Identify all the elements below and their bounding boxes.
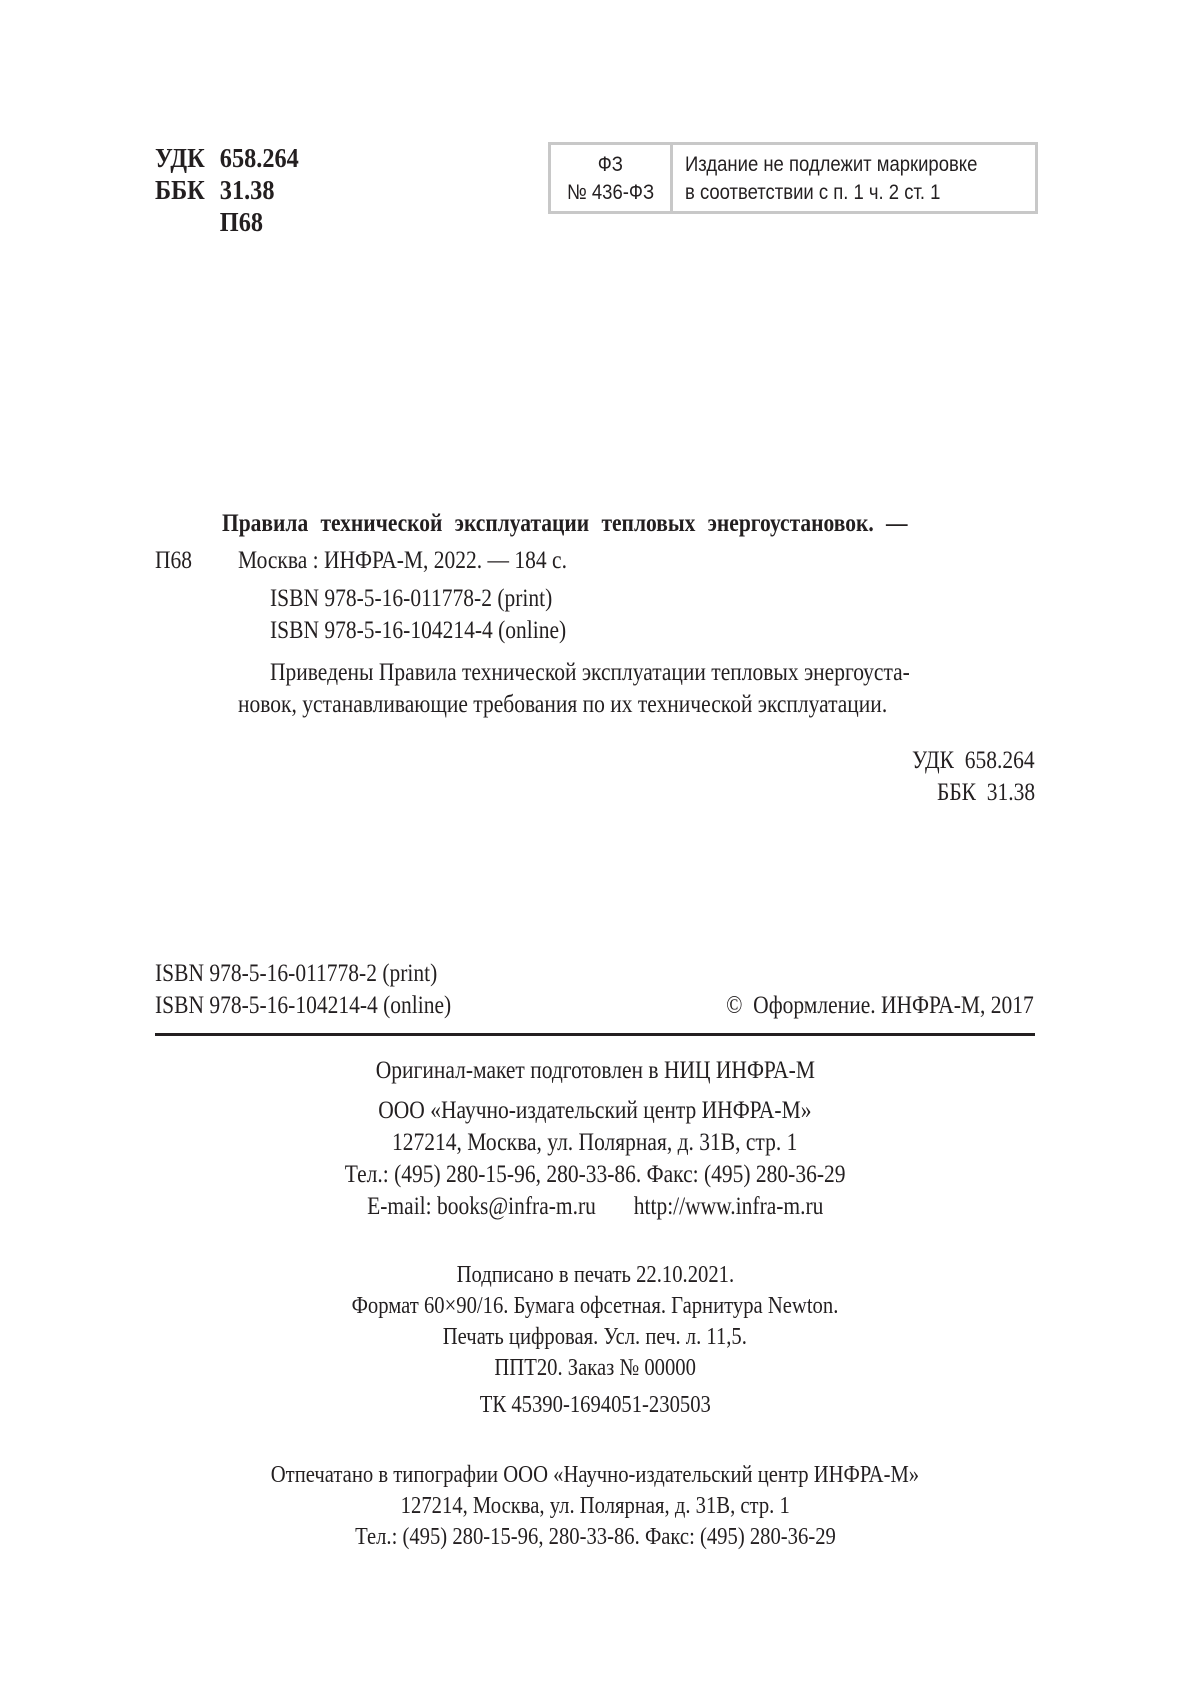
law-name: ФЗ — [598, 151, 623, 179]
marking-notice-box: ФЗ № 436-ФЗ Издание не подлежит маркиров… — [548, 142, 1038, 214]
tk-code: ТК 45390-1694051-230503 — [479, 1390, 710, 1421]
udk-line: УДК658.264 — [155, 142, 299, 174]
law-reference: ФЗ № 436-ФЗ — [551, 145, 673, 211]
horizontal-divider — [155, 1033, 1035, 1036]
publisher-name: ООО «Научно-издательский центр ИНФРА-М» — [378, 1095, 811, 1127]
printing-info: Печать цифровая. Усл. печ. л. 11,5. — [443, 1322, 747, 1353]
record-author-mark: П68 — [155, 545, 198, 577]
bbk-line: ББК31.38 — [155, 174, 299, 206]
classification-block: УДК658.264 ББК31.38 П68 — [155, 142, 299, 238]
order-info: ППТ20. Заказ № 00000 — [494, 1353, 696, 1384]
publisher-address: 127214, Москва, ул. Полярная, д. 31В, ст… — [392, 1127, 797, 1159]
publisher-website[interactable]: http://www.infra-m.ru — [633, 1193, 823, 1220]
footer-isbn-online: ISBN 978-5-16-104214-4 (online) — [155, 990, 499, 1022]
law-number: № 436-ФЗ — [567, 179, 654, 207]
printer-block: Отпечатано в типографии ООО «Научно-изда… — [155, 1460, 1035, 1553]
publisher-email[interactable]: E-mail: books@infra-m.ru — [367, 1193, 596, 1220]
annotation-line-2: новок, устанавливающие требования по их … — [238, 689, 993, 721]
layout-credit: Оригинал-макет подготовлен в НИЦ ИНФРА-М — [155, 1055, 1035, 1087]
author-mark-line: П68 — [155, 206, 299, 238]
copyright-notice: © Оформление. ИНФРА-М, 2017 — [676, 990, 1034, 1022]
annotation-line-1: Приведены Правила технической эксплуатац… — [270, 657, 1014, 689]
format-info: Формат 60×90/16. Бумага офсетная. Гарнит… — [352, 1291, 839, 1322]
bbk-value: 31.38 — [220, 175, 275, 205]
author-mark: П68 — [220, 207, 263, 237]
bbk-label: ББК — [155, 174, 220, 206]
book-title: Правила технической эксплуатации тепловы… — [222, 508, 1019, 540]
signed-date: Подписано в печать 22.10.2021. — [456, 1260, 734, 1291]
printer-address: 127214, Москва, ул. Полярная, д. 31В, ст… — [400, 1491, 789, 1522]
print-details: Подписано в печать 22.10.2021. Формат 60… — [155, 1260, 1035, 1421]
publisher-block: ООО «Научно-издательский центр ИНФРА-М» … — [155, 1095, 1035, 1223]
printer-phones: Тел.: (495) 280-15-96, 280-33-86. Факс: … — [355, 1522, 836, 1553]
udk-label: УДК — [155, 142, 220, 174]
record-udk: УДК 658.264 — [892, 745, 1035, 777]
publisher-phones: Тел.: (495) 280-15-96, 280-33-86. Факс: … — [345, 1159, 846, 1191]
udk-value: 658.264 — [220, 143, 299, 173]
footer-isbn-print: ISBN 978-5-16-011778-2 (print) — [155, 958, 483, 990]
marking-notice-text: Издание не подлежит маркировке в соответ… — [673, 145, 1035, 211]
notice-line-2: в соответствии с п. 1 ч. 2 ст. 1 — [685, 179, 940, 207]
record-bbk: ББК 31.38 — [921, 777, 1035, 809]
notice-line-1: Издание не подлежит маркировке — [685, 151, 977, 179]
record-isbn-online: ISBN 978-5-16-104214-4 (online) — [270, 615, 614, 647]
record-isbn-print: ISBN 978-5-16-011778-2 (print) — [270, 583, 598, 615]
imprint: Москва : ИНФРА-М, 2022. — 184 с. — [238, 545, 621, 577]
printer-name: Отпечатано в типографии ООО «Научно-изда… — [271, 1460, 919, 1491]
